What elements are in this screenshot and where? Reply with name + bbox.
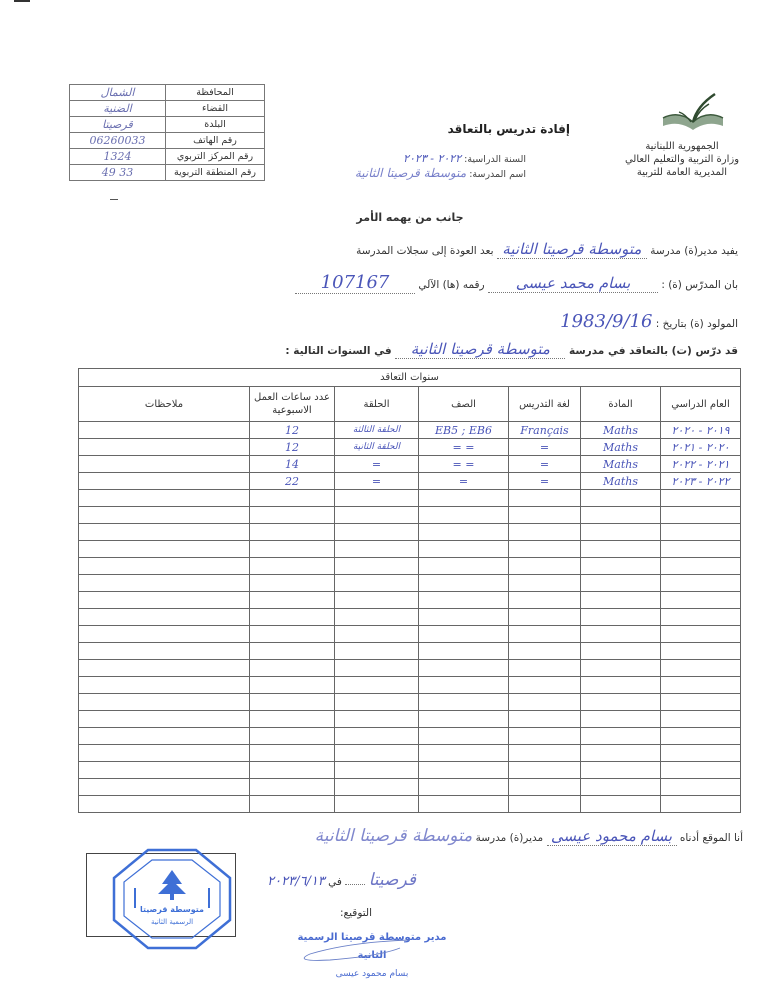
cell-empty [335,779,419,796]
cell-empty [661,728,741,745]
scan-dash-mark [110,199,118,200]
signer-name-fill: بسام محمود عيسى [547,827,677,846]
cell-empty [661,507,741,524]
info-row-governorate: المحافظة الشمال [70,85,265,101]
cell-empty [509,541,581,558]
cell-empty [419,575,509,592]
col-header-grade: الصف [419,387,509,422]
table-row: ٢٠٢٠ - ٢٠٢١ Maths = = = الحلقة الثانية 1… [79,439,741,456]
table-row-empty [79,541,741,558]
cell-language: = [509,473,581,490]
country-name: الجمهورية اللبنانية [594,140,770,153]
school-name-value: متوسطة قرصيتا الثانية [355,166,466,180]
cell-grade: = [419,473,509,490]
svg-text:متوسطة قرصيتا: متوسطة قرصيتا [140,905,204,914]
cell-empty [581,507,661,524]
col-header-notes: ملاحظات [79,387,250,422]
cell-grade: = = [419,456,509,473]
body-text: المولود (ة) بتاريخ : [656,318,738,330]
body-text: يفيد مدير(ة) مدرسة [650,245,738,257]
cell-empty [419,490,509,507]
document-title: إفادة تدريس بالتعاقد [440,122,570,136]
table-row-empty [79,694,741,711]
cell-empty [79,524,250,541]
table-row-empty [79,609,741,626]
cell-empty [581,558,661,575]
cell-empty [509,575,581,592]
body-text: بعد العودة إلى سجلات المدرسة [356,245,493,257]
table-row: ٢٠٢٢ - ٢٠٢٣ Maths = = = 22 [79,473,741,490]
body-line-4: قد درّس (ت) بالتعاقد في مدرسة متوسطة قرص… [285,340,738,359]
cell-empty [250,609,335,626]
cell-empty [581,592,661,609]
table-title: سنوات التعاقد [79,369,741,387]
table-row-empty [79,524,741,541]
cell-empty [419,541,509,558]
cell-empty [335,626,419,643]
cell-hours: 12 [250,439,335,456]
cell-empty [335,796,419,813]
cell-empty [335,524,419,541]
cell-language: Français [509,422,581,439]
table-row: ٢٠١٩ - ٢٠٢٠ Maths Français EB5 ; EB6 الح… [79,422,741,439]
cell-empty [661,592,741,609]
col-header-subject: المادة [581,387,661,422]
cell-empty [661,745,741,762]
body-line-1: يفيد مدير(ة) مدرسة متوسطة قرصيتا الثانية… [356,240,738,259]
cell-empty [79,592,250,609]
cell-empty [419,694,509,711]
signature-scribble [290,936,420,966]
school-name-line: اسم المدرسة: متوسطة قرصيتا الثانية [355,166,526,180]
cell-empty [250,677,335,694]
cell-empty [581,660,661,677]
info-value: 1324 [70,149,166,165]
cell-empty [79,541,250,558]
cell-empty [509,524,581,541]
cell-empty [509,745,581,762]
cell-empty [335,762,419,779]
date-fill: ٢٠٢٣/٦/١٣ [267,874,325,889]
cell-empty [419,609,509,626]
cell-empty [335,728,419,745]
cell-empty [661,643,741,660]
school-name-fill: متوسطة قرصيتا الثانية [497,240,647,259]
cell-empty [250,558,335,575]
cell-empty [661,660,741,677]
cell-empty [79,694,250,711]
cell-empty [79,796,250,813]
col-header-year: العام الدراسي [661,387,741,422]
cell-empty [419,711,509,728]
info-row-phone: رقم الهاتف 06260033 [70,133,265,149]
cell-empty [79,677,250,694]
cell-empty [509,779,581,796]
cell-subject: Maths [581,422,661,439]
body-text: بان المدرّس (ة) : [661,279,738,291]
body-text: رقمه (ها) الآلي [418,279,484,291]
cell-empty [661,694,741,711]
cell-empty [335,609,419,626]
cell-empty [419,677,509,694]
teacher-number-fill: 107167 [295,272,415,294]
cell-notes [79,473,250,490]
school-name-label: اسم المدرسة: [469,169,526,180]
cell-empty [581,779,661,796]
signature-label: التوقيع: [340,907,372,919]
cell-cycle: = [335,473,419,490]
cell-empty [509,677,581,694]
cell-empty [250,575,335,592]
cell-empty [581,796,661,813]
cell-empty [419,558,509,575]
cell-empty [661,558,741,575]
cell-empty [509,507,581,524]
cell-empty [419,626,509,643]
cell-empty [250,762,335,779]
cell-empty [509,626,581,643]
cell-empty [581,745,661,762]
cell-subject: Maths [581,439,661,456]
cell-empty [419,660,509,677]
cell-empty [250,660,335,677]
cell-empty [661,711,741,728]
info-value: قرصيتا [70,117,166,133]
cell-subject: Maths [581,473,661,490]
cell-year: ٢٠٢١ - ٢٠٢٢ [661,456,741,473]
cell-empty [250,643,335,660]
info-row-region-number: رقم المنطقة التربوية 33 49 [70,165,265,181]
cell-year: ٢٠٢٠ - ٢٠٢١ [661,439,741,456]
cell-empty [250,779,335,796]
cell-empty [661,762,741,779]
table-row-empty [79,643,741,660]
cell-empty [79,728,250,745]
cell-empty [79,626,250,643]
cell-empty [419,728,509,745]
teacher-name-fill: بسام محمد عيسى [488,274,658,293]
cell-empty [250,490,335,507]
dotted-fill [345,884,365,885]
cell-empty [419,745,509,762]
info-value: الضنية [70,101,166,117]
place-fill: قرصيتا [369,870,416,890]
cell-grade: EB5 ; EB6 [419,422,509,439]
cell-empty [661,490,741,507]
cell-empty [335,507,419,524]
svg-text:الرسمية الثانية: الرسمية الثانية [151,918,193,926]
cell-empty [419,524,509,541]
cell-empty [419,796,509,813]
cell-empty [581,694,661,711]
signer-school-fill: متوسطة قرصيتا الثانية [315,826,473,846]
cell-empty [79,762,250,779]
table-row-empty [79,575,741,592]
cell-empty [661,796,741,813]
cell-year: ٢٠١٩ - ٢٠٢٠ [661,422,741,439]
cell-empty [79,507,250,524]
cell-grade: = = [419,439,509,456]
cell-empty [419,592,509,609]
cell-empty [661,609,741,626]
info-label: رقم الهاتف [166,133,265,149]
cell-year: ٢٠٢٢ - ٢٠٢٣ [661,473,741,490]
table-row-empty [79,490,741,507]
stamp-name: بسام محمود عيسى [282,965,462,983]
table-row-empty [79,677,741,694]
table-row-empty [79,711,741,728]
cell-empty [79,490,250,507]
cell-empty [661,541,741,558]
cell-notes [79,422,250,439]
cell-empty [581,728,661,745]
directorate-name: المديرية العامة للتربية [594,166,770,179]
table-row-empty [79,626,741,643]
info-label: المحافظة [166,85,265,101]
info-label: القضاء [166,101,265,117]
cell-empty [419,779,509,796]
cell-empty [509,728,581,745]
col-header-language: لغة التدريس [509,387,581,422]
cell-empty [250,524,335,541]
table-row-empty [79,762,741,779]
table-row-empty [79,558,741,575]
cell-language: = [509,439,581,456]
cell-empty [509,762,581,779]
table-row-empty [79,779,741,796]
cell-empty [335,677,419,694]
table-row-empty [79,745,741,762]
table-row-empty [79,796,741,813]
cell-empty [509,643,581,660]
cell-empty [79,779,250,796]
cell-empty [250,592,335,609]
table-row: ٢٠٢١ - ٢٠٢٢ Maths = = = = 14 [79,456,741,473]
cell-empty [581,609,661,626]
info-row-center-number: رقم المركز التربوي 1324 [70,149,265,165]
footer-text: أنا الموقع أدناه [680,832,743,844]
col-header-cycle: الحلقة [335,387,419,422]
info-label: رقم المنطقة التربوية [166,165,265,181]
cell-empty [79,575,250,592]
body-line-3: المولود (ة) بتاريخ : 1983/9/16 [560,311,738,332]
cell-empty [509,558,581,575]
official-seal: متوسطة قرصيتا الرسمية الثانية [112,848,232,950]
cell-empty [79,711,250,728]
cell-empty [335,541,419,558]
cell-empty [419,762,509,779]
cell-empty [419,643,509,660]
cell-empty [335,745,419,762]
cedar-tree-icon [158,870,186,900]
cell-hours: 22 [250,473,335,490]
info-label: البلدة [166,117,265,133]
cell-empty [509,490,581,507]
cell-empty [335,694,419,711]
cell-empty [79,660,250,677]
footer-text: في [328,876,342,888]
school-year-line: السنة الدراسية: ٢٠٢٢ - ٢٠٢٣ [403,152,526,165]
cell-empty [581,643,661,660]
info-value: 06260033 [70,133,166,149]
col-header-hours: عدد ساعات العمل الاسبوعية [250,387,335,422]
place-date-line: قرصيتا في ٢٠٢٣/٦/١٣ [267,870,416,890]
ministry-name: وزارة التربية والتعليم العالي [594,153,770,166]
cell-empty [335,558,419,575]
body-line-2: بان المدرّس (ة) : بسام محمد عيسى رقمه (ه… [295,272,738,294]
cell-empty [509,711,581,728]
cell-empty [509,592,581,609]
signer-line: أنا الموقع أدناه بسام محمود عيسى مدير(ة)… [315,826,743,846]
school-name-fill: متوسطة قرصيتا الثانية [395,340,565,359]
cell-empty [661,779,741,796]
info-row-town: البلدة قرصيتا [70,117,265,133]
cell-empty [335,711,419,728]
cell-cycle: الحلقة الثالثة [335,422,419,439]
cell-empty [79,558,250,575]
cell-empty [581,677,661,694]
cell-empty [335,643,419,660]
body-text: في السنوات التالية : [285,345,391,357]
cell-empty [509,609,581,626]
cell-empty [509,796,581,813]
cell-empty [661,524,741,541]
contract-years-table: سنوات التعاقد العام الدراسي المادة لغة ا… [78,368,741,813]
table-row-empty [79,660,741,677]
cell-notes [79,439,250,456]
info-table: المحافظة الشمال القضاء الضنية البلدة قرص… [69,84,265,181]
cell-empty [250,745,335,762]
cell-empty [581,762,661,779]
table-row-empty [79,507,741,524]
cell-empty [79,609,250,626]
cell-empty [661,626,741,643]
to-whom-heading: جانب من يهمه الأمر [330,211,490,224]
birth-date-fill: 1983/9/16 [560,311,652,332]
cell-empty [250,694,335,711]
cell-empty [509,694,581,711]
cell-cycle: الحلقة الثانية [335,439,419,456]
school-year-label: السنة الدراسية: [464,154,526,165]
cell-empty [335,660,419,677]
scan-edge-mark [14,0,30,2]
cell-empty [250,728,335,745]
cell-empty [335,575,419,592]
table-row-empty [79,592,741,609]
cell-empty [581,524,661,541]
cell-empty [335,490,419,507]
body-text: قد درّس (ت) بالتعاقد في مدرسة [569,345,738,357]
cell-empty [581,575,661,592]
info-value: الشمال [70,85,166,101]
cell-language: = [509,456,581,473]
open-book-icon [655,92,731,132]
ministry-header: الجمهورية اللبنانية وزارة التربية والتعل… [594,140,770,179]
cell-empty [250,507,335,524]
cell-subject: Maths [581,456,661,473]
cell-empty [250,626,335,643]
cell-empty [79,745,250,762]
cell-empty [79,643,250,660]
cell-hours: 14 [250,456,335,473]
table-row-empty [79,728,741,745]
cell-empty [581,626,661,643]
cell-notes [79,456,250,473]
cell-empty [250,711,335,728]
cell-cycle: = [335,456,419,473]
cell-empty [250,541,335,558]
cell-empty [419,507,509,524]
cell-hours: 12 [250,422,335,439]
school-year-value: ٢٠٢٢ - ٢٠٢٣ [403,152,461,165]
info-value: 33 49 [70,165,166,181]
cell-empty [509,660,581,677]
cell-empty [581,711,661,728]
cell-empty [581,490,661,507]
cell-empty [661,677,741,694]
footer-text: مدير(ة) مدرسة [476,832,544,844]
cell-empty [581,541,661,558]
info-label: رقم المركز التربوي [166,149,265,165]
cell-empty [661,575,741,592]
cell-empty [250,796,335,813]
info-row-district: القضاء الضنية [70,101,265,117]
cell-empty [335,592,419,609]
